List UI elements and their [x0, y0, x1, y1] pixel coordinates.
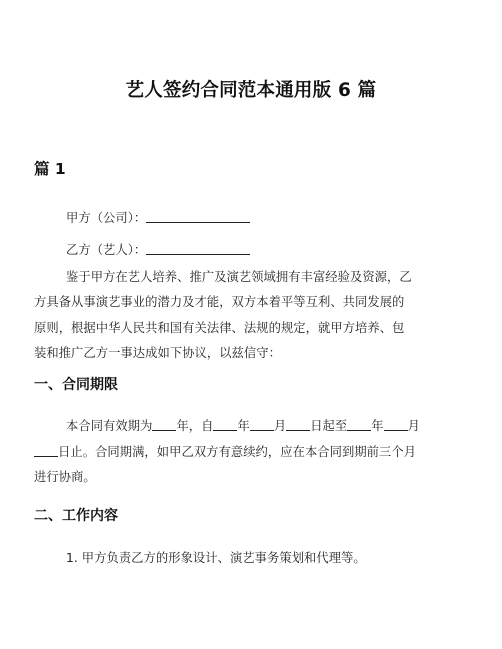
term-text: 月: [274, 419, 286, 433]
term-text: 年: [237, 419, 249, 433]
years-blank[interactable]: [152, 429, 176, 431]
start-month-blank[interactable]: [250, 429, 274, 431]
party-a-blank[interactable]: [146, 221, 250, 223]
party-b-blank[interactable]: [146, 253, 250, 255]
term-text: 年，自: [176, 419, 213, 433]
end-month-blank[interactable]: [384, 429, 408, 431]
document-page: 艺人签约合同范本通用版 6 篇 篇 1 甲方（公司）： 乙方（艺人）： 鉴于甲方…: [0, 0, 502, 649]
term-line-1: 本合同有效期为年，自年月日起至年月: [66, 416, 420, 434]
term-text: 本合同有效期为: [66, 419, 152, 433]
term-text: 月: [408, 419, 420, 433]
preamble-line: 原则，根据中华人民共和国有关法律、法规的规定，就甲方培养、包: [34, 318, 404, 336]
term-text: 年: [371, 419, 383, 433]
work-item: 1. 甲方负责乙方的形象设计、演艺事务策划和代理等。: [66, 548, 366, 566]
end-year-blank[interactable]: [347, 429, 371, 431]
start-year-blank[interactable]: [213, 429, 237, 431]
term-line-3: 进行协商。: [34, 467, 96, 485]
term-text: 日起至: [310, 419, 347, 433]
party-b-label: 乙方（艺人）：: [66, 243, 146, 257]
preamble-line: 鉴于甲方在艺人培养、推广及演艺领域拥有丰富经验及资源，乙: [66, 267, 412, 285]
party-a-label: 甲方（公司）：: [66, 211, 146, 225]
end-day-blank[interactable]: [34, 455, 58, 457]
term-text: 日止。合同期满，如甲乙双方有意续约，应在本合同到期前三个月: [58, 445, 416, 459]
preamble-line: 装和推广乙方一事达成如下协议，以兹信守：: [34, 343, 281, 361]
party-b-line: 乙方（艺人）：: [66, 240, 250, 258]
clause-heading-work: 二、工作内容: [34, 505, 118, 525]
preamble-line: 方具备从事演艺事业的潜力及才能，双方本着平等互利、共同发展的: [34, 292, 404, 310]
term-line-2: 日止。合同期满，如甲乙双方有意续约，应在本合同到期前三个月: [34, 442, 416, 460]
document-title: 艺人签约合同范本通用版 6 篇: [0, 76, 502, 102]
section-heading: 篇 1: [34, 157, 66, 179]
party-a-line: 甲方（公司）：: [66, 208, 250, 226]
start-day-blank[interactable]: [286, 429, 310, 431]
clause-heading-term: 一、合同期限: [34, 374, 118, 394]
